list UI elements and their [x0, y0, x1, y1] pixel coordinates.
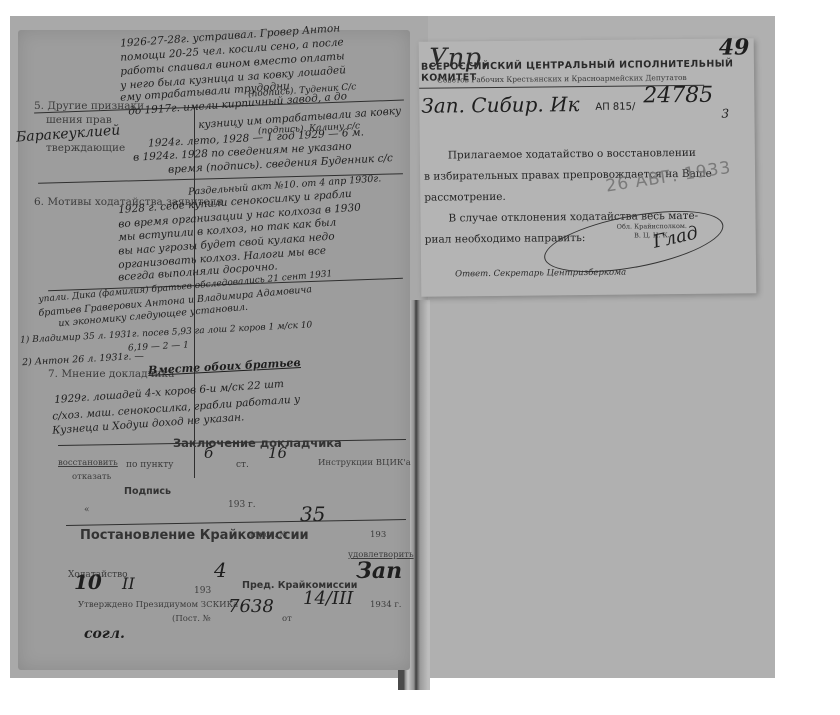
post-label: (Пост. №: [172, 614, 211, 624]
footer-note: согл.: [84, 626, 125, 642]
article-label: ст.: [236, 460, 249, 470]
refuse-option: отказать: [72, 472, 111, 482]
protocol-label: (прот. №: [250, 530, 288, 540]
conclusion-title: Заключение докладчика: [173, 436, 342, 450]
year-label: 193 г.: [228, 500, 256, 510]
overwritten-stamp: Упр.: [429, 43, 490, 74]
protocol-year: 193: [370, 530, 386, 540]
approval-year: 1934 г.: [370, 600, 402, 610]
reference-suffix: 3: [721, 107, 729, 121]
reference-prefix: АП 815/: [595, 101, 635, 112]
month-value: II: [122, 574, 135, 593]
year-value: 4: [214, 558, 227, 582]
addressee: Зап. Сибир. Ик: [421, 92, 579, 118]
approval-from: от: [282, 614, 292, 624]
year-prefix: 193: [194, 586, 211, 596]
protocol-value: 35: [300, 502, 325, 526]
point-value: б: [204, 444, 213, 462]
reference-number: 24785: [643, 83, 713, 109]
handwritten-line: Вместе обоих братьев: [148, 356, 301, 377]
signature-label: Подпись: [124, 486, 171, 497]
section5-label: тверждающие: [46, 142, 125, 154]
day-value: 10: [74, 570, 102, 594]
restore-option: восстановить: [58, 458, 118, 468]
instruction-label: Инструкции ВЦИК'а: [318, 458, 411, 468]
approval-date: 14/III: [303, 588, 353, 609]
divider: [66, 519, 406, 526]
slip-footer: Ответ. Секретарь Центризберкома: [455, 268, 626, 280]
date-quote: «: [84, 505, 90, 515]
chair-signature: Зап: [356, 558, 402, 584]
corner-number: 49: [719, 34, 750, 60]
approval-label: Утверждено Президиумом ЗСКИКа: [78, 600, 238, 610]
article-value: 16: [268, 444, 287, 462]
handwritten-line: 2) Антон 26 л. 1931г. —: [22, 351, 144, 368]
form-sheet: 1926-27-28г. устраивал. Гровер Антон пом…: [18, 30, 410, 670]
attached-slip: ВСЕРОССИЙСКИЙ ЦЕНТРАЛЬНЫЙ ИСПОЛНИТЕЛЬНЫЙ…: [419, 38, 757, 296]
by-point-label: по пункту: [126, 460, 173, 470]
post-value: 7638: [228, 596, 274, 617]
